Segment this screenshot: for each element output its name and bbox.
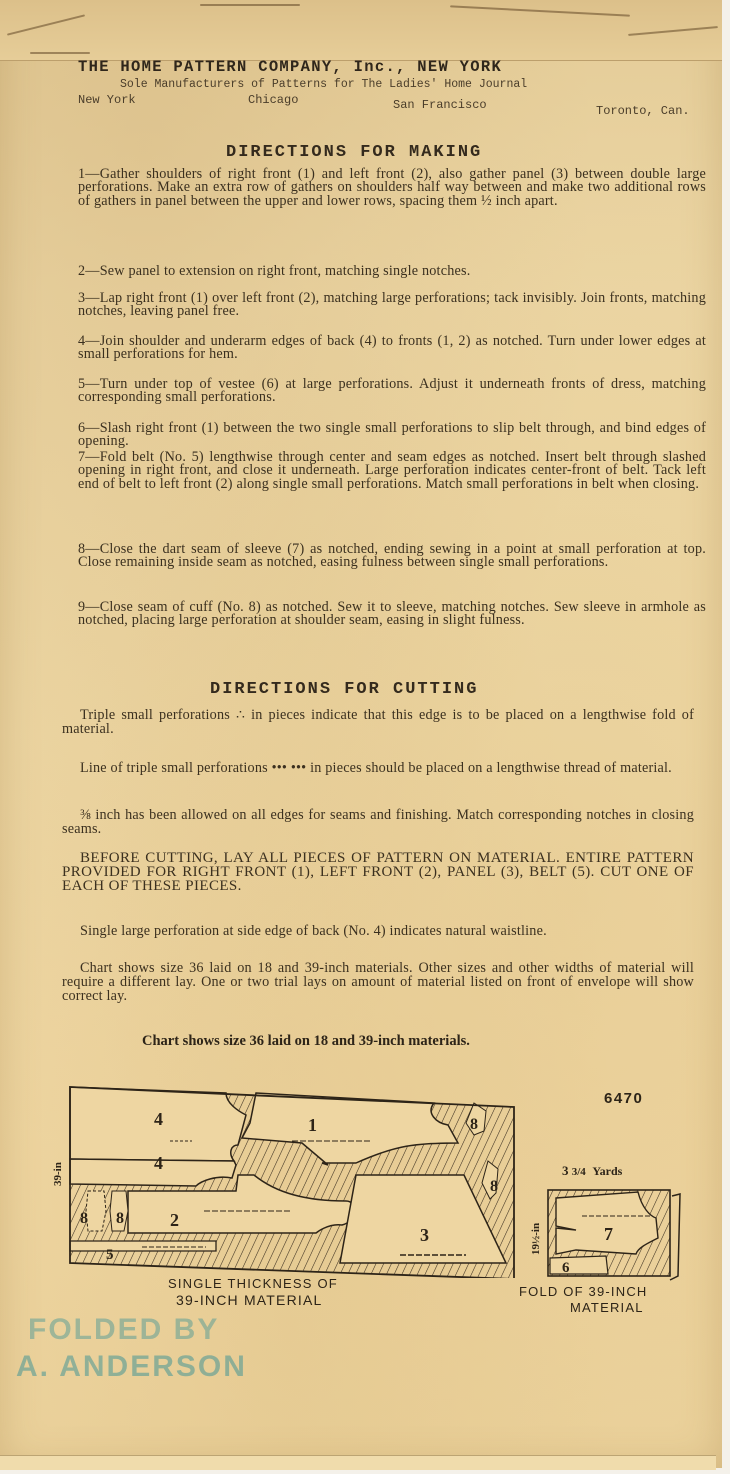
piece-4: 4 — [154, 1153, 163, 1173]
piece-8: 8 — [116, 1210, 124, 1227]
city: New York — [78, 93, 136, 107]
making-step-3: 3—Lap right front (1) over left front (2… — [78, 292, 706, 319]
pattern-number: 6470 — [604, 1090, 643, 1107]
cutting-paragraph-waistline: Single large perforation at side edge of… — [62, 925, 694, 939]
step-number: 2 — [78, 263, 85, 279]
making-step-7: 7—Fold belt (No. 5) lengthwise through c… — [78, 451, 706, 491]
yardage-whole: 3 — [562, 1163, 569, 1178]
making-title: DIRECTIONS FOR MAKING — [226, 143, 482, 162]
folded-by-stamp: FOLDED BY — [28, 1313, 219, 1347]
piece-3: 3 — [420, 1225, 429, 1245]
piece-4: 4 — [154, 1109, 163, 1129]
chart-caption: Chart shows size 36 laid on 18 and 39-in… — [142, 1033, 470, 1050]
cutting-paragraph-thread: Line of triple small perforations ••• ••… — [62, 762, 694, 776]
yardage: 3 3/4 Yards — [562, 1163, 622, 1179]
piece-1: 1 — [308, 1115, 317, 1135]
making-step-9: 9—Close seam of cuff (No. 8) as notched.… — [78, 601, 706, 628]
main-layout-caption-1: SINGLE THICKNESS OF — [168, 1276, 338, 1291]
paper-crease — [30, 52, 90, 54]
fold-layout-diagram: 7 6 — [546, 1188, 686, 1282]
envelope-flap — [0, 0, 722, 61]
cutting-paragraph-before-cutting: BEFORE CUTTING, LAY ALL PIECES OF PATTER… — [62, 852, 694, 893]
city: Toronto, Can. — [596, 104, 690, 118]
cutting-title: DIRECTIONS FOR CUTTING — [210, 680, 478, 699]
piece-8: 8 — [80, 1210, 88, 1227]
yardage-unit: Yards — [592, 1164, 622, 1178]
city: San Francisco — [393, 98, 487, 112]
piece-8: 8 — [490, 1178, 498, 1195]
fold-width-label: 19½-in — [530, 1223, 542, 1255]
piece-5: 5 — [106, 1247, 114, 1263]
folder-name-stamp: A. ANDERSON — [16, 1350, 247, 1384]
making-step-1: 1—Gather shoulders of right front (1) an… — [78, 168, 706, 208]
making-step-4: 4—Join shoulder and underarm edges of ba… — [78, 335, 706, 362]
envelope-bottom-edge — [0, 1455, 716, 1470]
making-step-2: 2—Sew panel to extension on right front,… — [78, 265, 706, 278]
cutting-paragraph-seams: ⅜ inch has been allowed on all edges for… — [62, 809, 694, 837]
piece-6: 6 — [562, 1260, 570, 1276]
piece-8: 8 — [470, 1116, 478, 1133]
piece-2: 2 — [170, 1210, 179, 1230]
yardage-fraction: 3/4 — [572, 1166, 586, 1178]
main-width-label: 39-in — [52, 1162, 64, 1186]
main-layout-diagram: 4 4 1 8 8 8 8 2 3 5 — [66, 1083, 516, 1278]
company-name: THE HOME PATTERN COMPANY, Inc., NEW YORK — [78, 58, 502, 76]
cutting-paragraph-chart-note: Chart shows size 36 laid on 18 and 39-in… — [62, 962, 694, 1003]
cutting-paragraph-fold: Triple small perforations ∴ in pieces in… — [62, 709, 694, 737]
company-subtitle: Sole Manufacturers of Patterns for The L… — [120, 78, 527, 91]
fold-layout-caption-1: FOLD OF 39-INCH — [519, 1284, 648, 1299]
main-layout-caption-2: 39-INCH MATERIAL — [176, 1292, 323, 1308]
fold-layout-caption-2: MATERIAL — [570, 1300, 644, 1315]
piece-7: 7 — [604, 1224, 613, 1244]
paper-crease — [200, 4, 300, 6]
making-step-6: 6—Slash right front (1) between the two … — [78, 422, 706, 449]
city: Chicago — [248, 93, 298, 107]
making-step-5: 5—Turn under top of vestee (6) at large … — [78, 378, 706, 405]
making-step-8: 8—Close the dart seam of sleeve (7) as n… — [78, 543, 706, 570]
